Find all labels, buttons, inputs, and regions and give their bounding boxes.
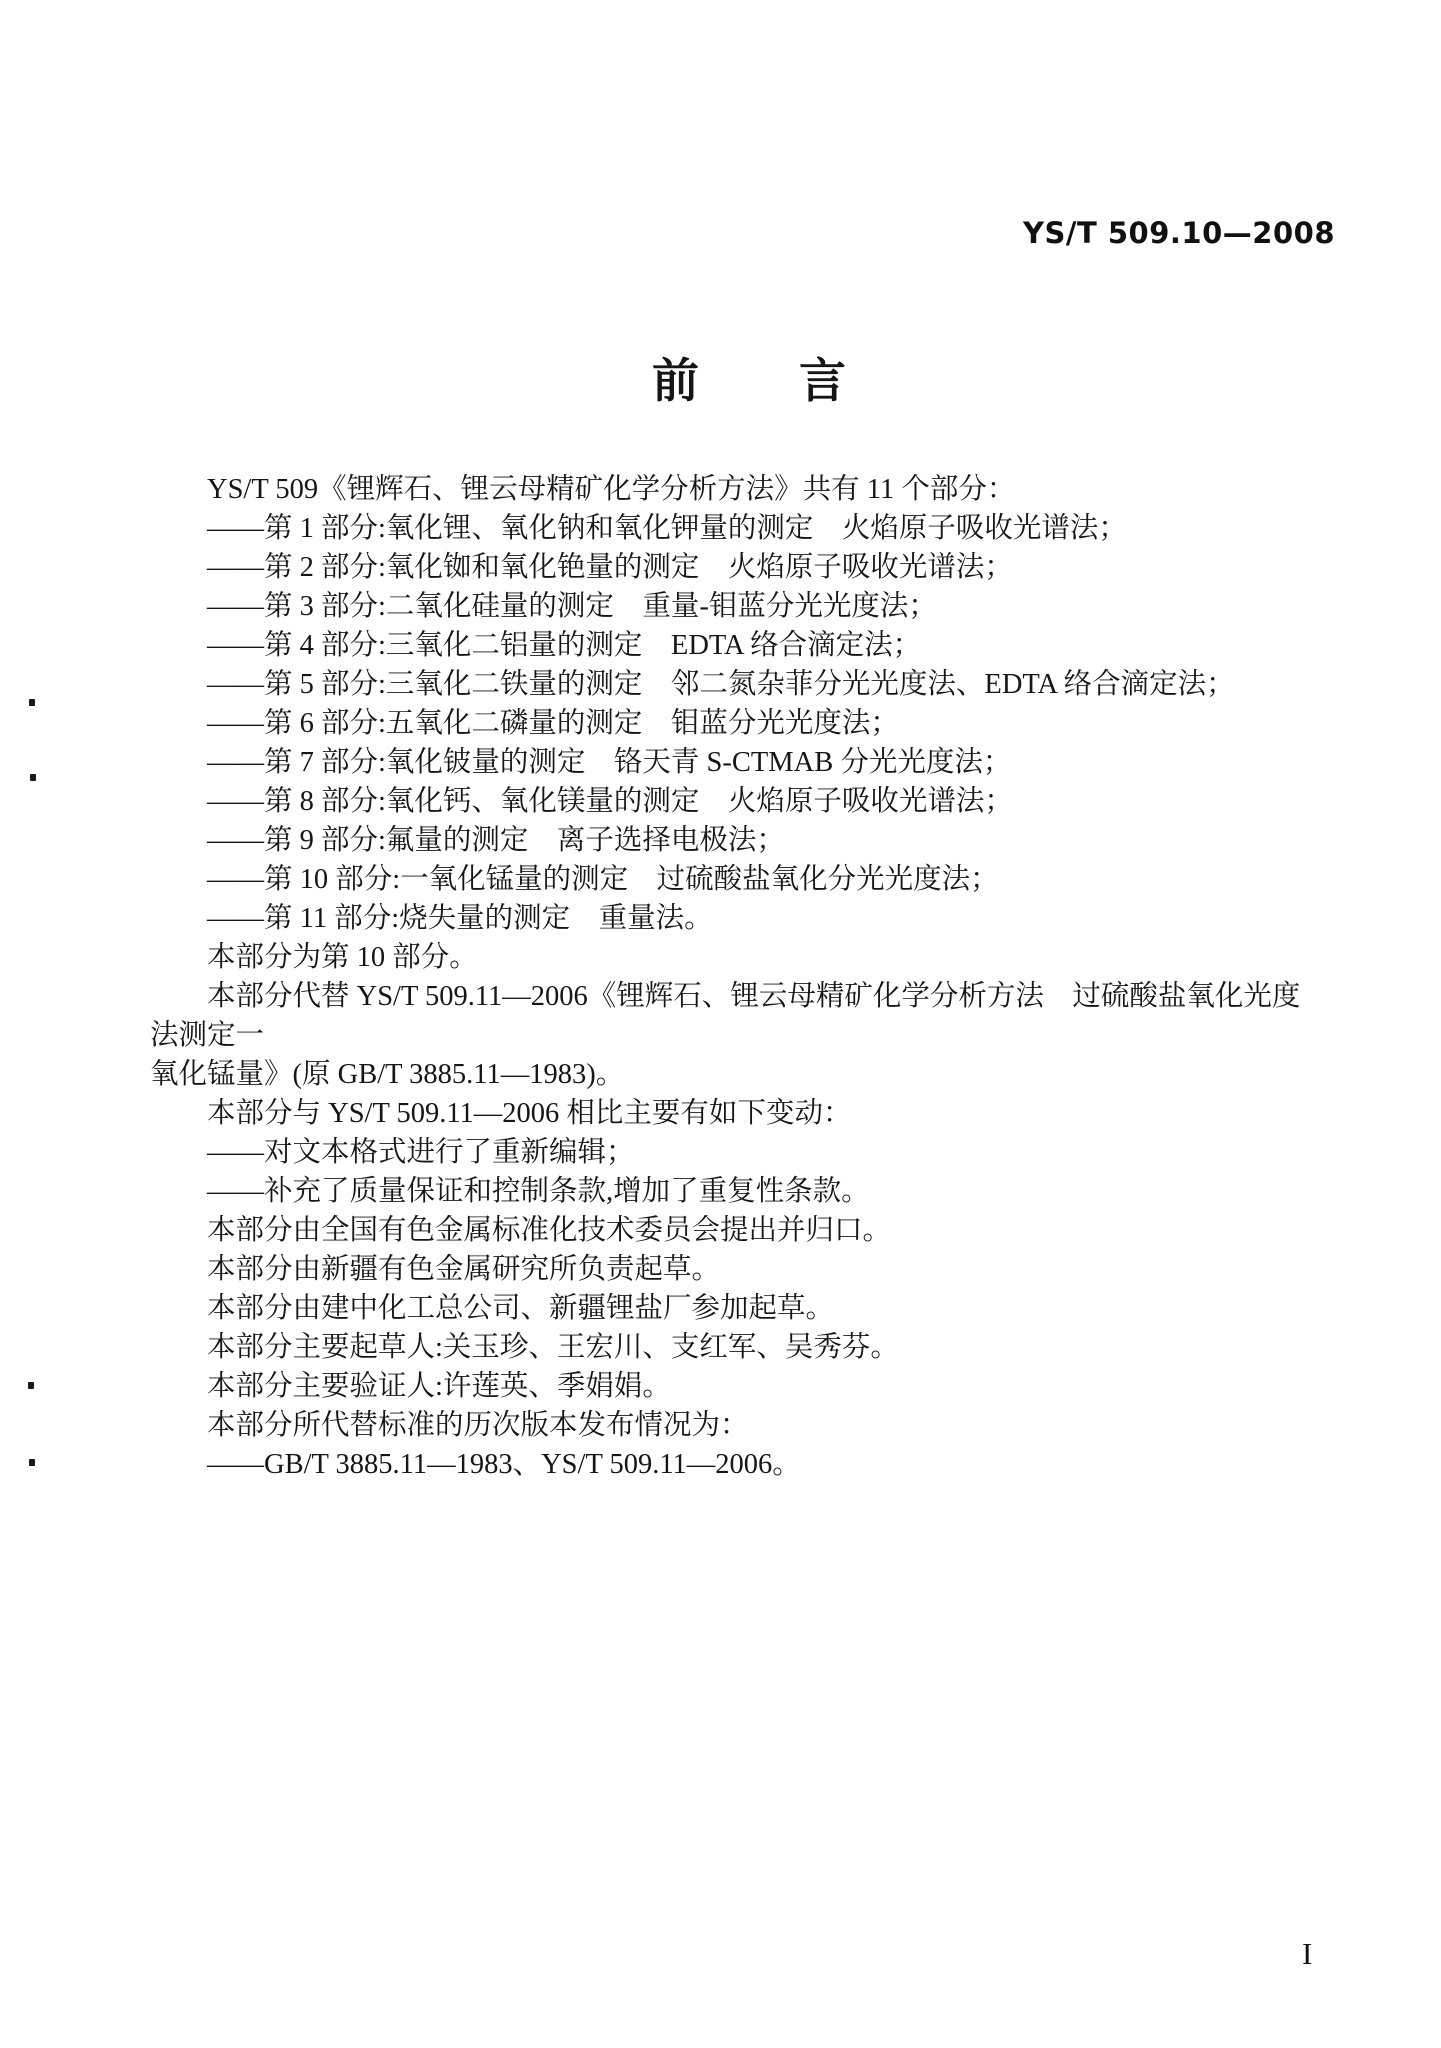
foreword-line: ——第 7 部分:氧化铍量的测定 铬天青 S-CTMAB 分光光度法；: [150, 743, 1310, 782]
scan-speck: [29, 699, 35, 706]
foreword-line: ——第 3 部分:二氧化硅量的测定 重量-钼蓝分光光度法；: [150, 587, 1310, 626]
document-page: YS/T 509.10—2008 前 言 YS/T 509《锂辉石、锂云母精矿化…: [0, 0, 1441, 2048]
foreword-line: ——补充了质量保证和控制条款,增加了重复性条款。: [150, 1172, 1310, 1211]
foreword-line: YS/T 509《锂辉石、锂云母精矿化学分析方法》共有 11 个部分：: [150, 470, 1310, 509]
foreword-line: ——第 4 部分:三氧化二铝量的测定 EDTA 络合滴定法；: [150, 626, 1310, 665]
foreword-line: 本部分所代替标准的历次版本发布情况为：: [150, 1406, 1310, 1445]
foreword-line: ——第 5 部分:三氧化二铁量的测定 邻二氮杂菲分光光度法、EDTA 络合滴定法…: [150, 665, 1310, 704]
foreword-line: ——第 8 部分:氧化钙、氧化镁量的测定 火焰原子吸收光谱法；: [150, 782, 1310, 821]
foreword-line: ——第 1 部分:氧化锂、氧化钠和氧化钾量的测定 火焰原子吸收光谱法；: [150, 509, 1310, 548]
foreword-line: 氧化锰量》(原 GB/T 3885.11—1983)。: [150, 1055, 1310, 1094]
foreword-line: ——GB/T 3885.11—1983、YS/T 509.11—2006。: [150, 1445, 1310, 1484]
foreword-line: 本部分主要验证人:许莲英、季娟娟。: [150, 1367, 1310, 1406]
scan-speck: [30, 774, 36, 781]
foreword-line: ——第 9 部分:氟量的测定 离子选择电极法；: [150, 821, 1310, 860]
scan-speck: [29, 1459, 35, 1466]
foreword-line: 本部分代替 YS/T 509.11—2006《锂辉石、锂云母精矿化学分析方法 过…: [150, 977, 1310, 1055]
foreword-line: 本部分由全国有色金属标准化技术委员会提出并归口。: [150, 1211, 1310, 1250]
foreword-line: 本部分与 YS/T 509.11—2006 相比主要有如下变动：: [150, 1094, 1310, 1133]
foreword-line: 本部分由建中化工总公司、新疆锂盐厂参加起草。: [150, 1289, 1310, 1328]
foreword-line: 本部分由新疆有色金属研究所负责起草。: [150, 1250, 1310, 1289]
foreword-line: ——第 10 部分:一氧化锰量的测定 过硫酸盐氧化分光光度法；: [150, 860, 1310, 899]
page-number: I: [1302, 1936, 1312, 1972]
scan-speck: [28, 1382, 34, 1389]
foreword-line: 本部分为第 10 部分。: [150, 938, 1310, 977]
foreword-line: ——对文本格式进行了重新编辑；: [150, 1133, 1310, 1172]
foreword-body: YS/T 509《锂辉石、锂云母精矿化学分析方法》共有 11 个部分：——第 1…: [150, 470, 1310, 1484]
foreword-line: ——第 6 部分:五氧化二磷量的测定 钼蓝分光光度法；: [150, 704, 1310, 743]
foreword-line: ——第 2 部分:氧化铷和氧化铯量的测定 火焰原子吸收光谱法；: [150, 548, 1310, 587]
foreword-line: ——第 11 部分:烧失量的测定 重量法。: [150, 899, 1310, 938]
standard-code-header: YS/T 509.10—2008: [1023, 216, 1335, 250]
foreword-line: 本部分主要起草人:关玉珍、王宏川、支红军、吴秀芬。: [150, 1328, 1310, 1367]
page-title: 前 言: [0, 344, 1441, 411]
